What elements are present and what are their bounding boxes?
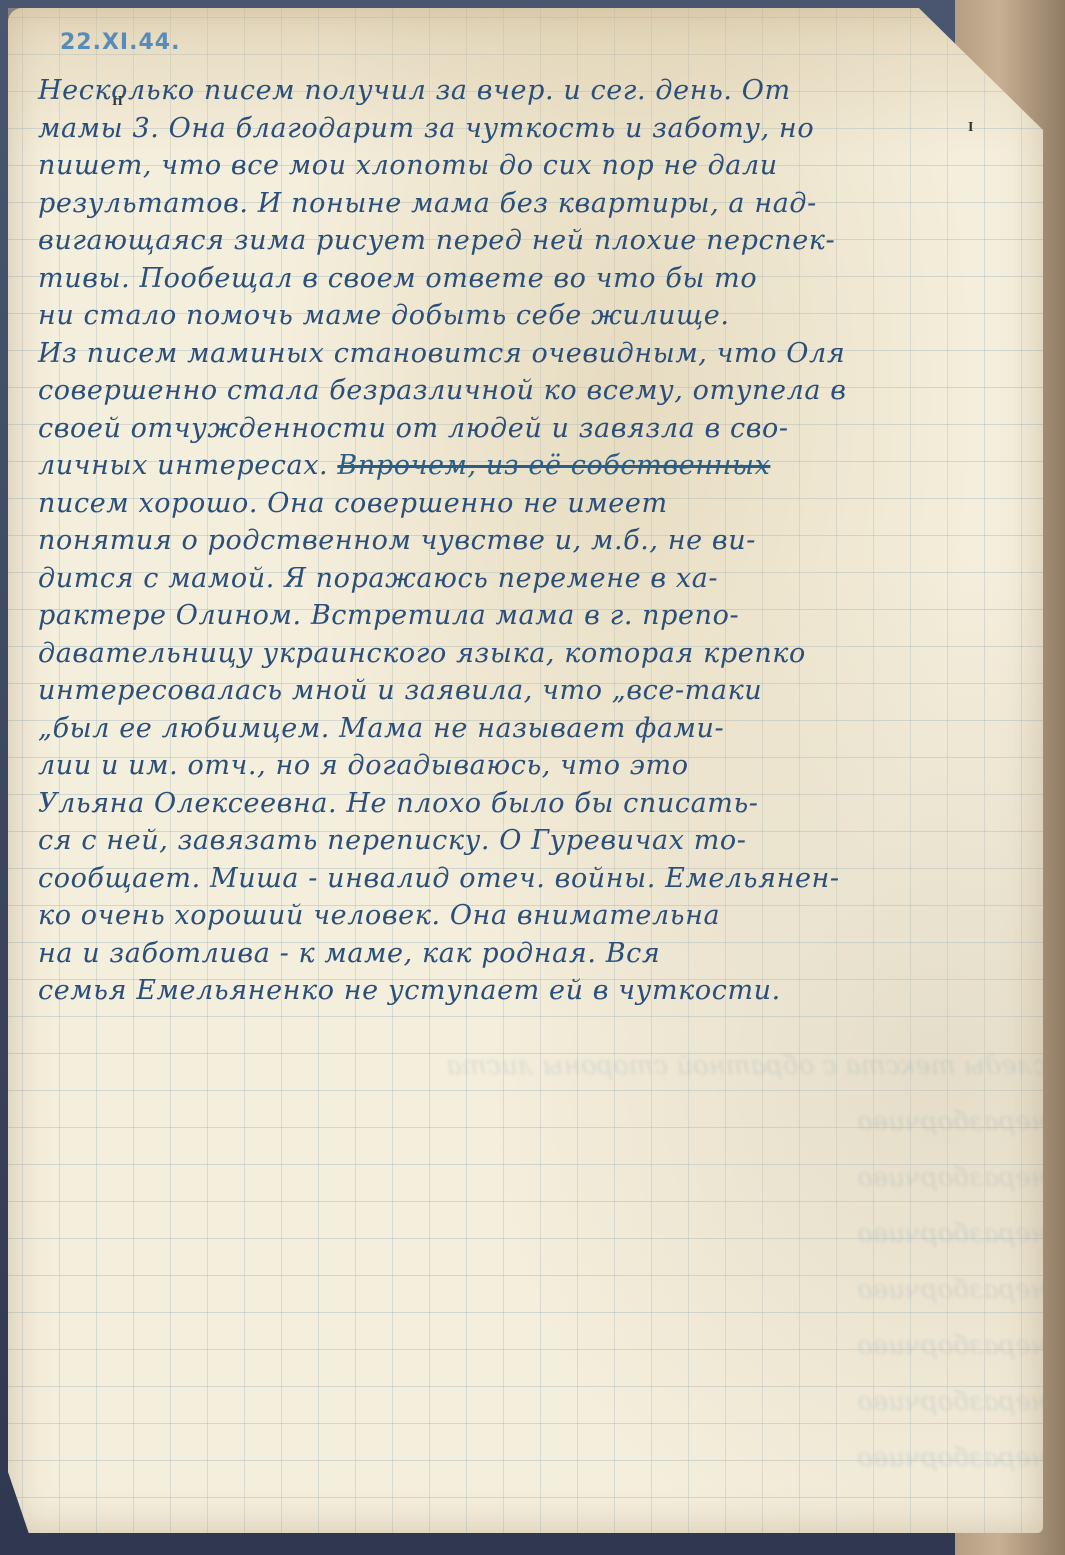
bleed-line: следы текста с обратной стороны листа (48, 1038, 1048, 1094)
bleed-line: неразборчиво (48, 1374, 1048, 1430)
bleed-line: неразборчиво (48, 1094, 1048, 1150)
bleed-line: неразборчиво (48, 1318, 1048, 1374)
text-line: давательницу украинского языка, которая … (38, 635, 1023, 673)
text-line: сообщает. Миша - инвалид отеч. войны. Ем… (38, 860, 1023, 898)
bleed-line: неразборчиво (48, 1150, 1048, 1206)
bleed-line: неразборчиво (48, 1430, 1048, 1486)
text-line: вигающаяся зима рисует перед ней плохие … (38, 222, 1023, 260)
text-line: на и заботлива - к маме, как родная. Вся (38, 935, 1023, 973)
text-line: Ульяна Олексеевна. Не плохо было бы спис… (38, 785, 1023, 823)
text-line: пишет, что все мои хлопоты до сих пор не… (38, 147, 1023, 185)
text-line: лии и им. отч., но я догадываюсь, что эт… (38, 747, 1023, 785)
entry-date: 22.XI.44. (60, 30, 180, 55)
text-line: ни стало помочь маме добыть себе жилище. (38, 297, 1023, 335)
text-line: личных интересах. Впрочем, из её собстве… (38, 447, 1023, 485)
text-line: совершенно стала безразличной ко всему, … (38, 372, 1023, 410)
text-line: „был ее любимцем. Мама не называет фами- (38, 710, 1023, 748)
text-line: дится с мамой. Я поражаюсь перемене в ха… (38, 560, 1023, 598)
text-line: тивы. Пообещал в своем ответе во что бы … (38, 260, 1023, 298)
text-line: ся с ней, завязать переписку. О Гуревича… (38, 822, 1023, 860)
text-line: своей отчужденности от людей и завязла в… (38, 410, 1023, 448)
text-line: мамы 3. Она благодарит за чуткость и заб… (38, 110, 1023, 148)
text-line: Из писем маминых становится очевидным, ч… (38, 335, 1023, 373)
text-line: Несколько писем получил за вчер. и сег. … (38, 72, 1023, 110)
diary-entry-text: Несколько писем получил за вчер. и сег. … (38, 72, 1023, 1010)
text-line: писем хорошо. Она совершенно не имеет (38, 485, 1023, 523)
bleed-line: неразборчиво (48, 1262, 1048, 1318)
reverse-side-bleed-through: следы текста с обратной стороны листа не… (48, 1038, 1048, 1518)
struck-through-text: Впрочем, из её собственных (337, 450, 770, 481)
text-line: интересовалась мной и заявила, что „все-… (38, 672, 1023, 710)
text-line: ко очень хороший человек. Она внимательн… (38, 897, 1023, 935)
text-line: результатов. И поныне мама без квартиры,… (38, 185, 1023, 223)
notebook-page: 22.XI.44. II I Несколько писем получил з… (8, 8, 1043, 1533)
text-line: семья Емельяненко не уступает ей в чутко… (38, 972, 1023, 1010)
text-fragment: личных интересах. (38, 450, 328, 481)
text-line: понятия о родственном чувстве и, м.б., н… (38, 522, 1023, 560)
text-line: рактере Олином. Встретила мама в г. преп… (38, 597, 1023, 635)
bleed-line: неразборчиво (48, 1206, 1048, 1262)
